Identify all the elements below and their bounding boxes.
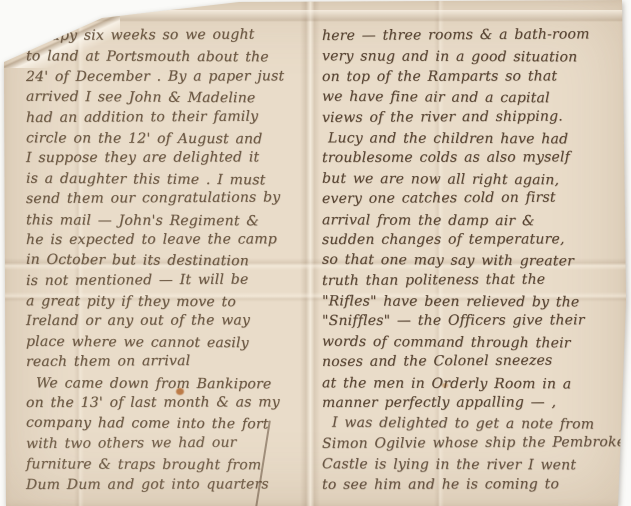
letter-line: send them our congratulations by <box>26 187 314 209</box>
letter-line: "Sniffles" — the Officers give their <box>322 311 622 332</box>
letter-line: on the 13' of last month & as my <box>26 392 314 413</box>
letter-line: to land at Portsmouth about the <box>26 47 314 69</box>
letter-left-page: occupy six weeks so we ought to land at … <box>26 26 314 495</box>
letter-scan: Bill occupy six weeks so we ought to lan… <box>0 0 631 506</box>
letter-line: troublesome colds as also myself <box>322 148 622 169</box>
letter-paper-shadow: Bill occupy six weeks so we ought to lan… <box>0 0 631 506</box>
letter-line: views of the river and shipping. <box>322 106 622 128</box>
letter-line: furniture & traps brought from <box>26 455 314 477</box>
letter-line: manner perfectly appalling — , <box>322 392 622 413</box>
letter-line: very snug and in a good situation <box>322 47 622 69</box>
letter-line: arrival from the damp air & <box>322 210 622 232</box>
letter-line: 24' of December . By a paper just <box>26 66 314 87</box>
letter-line: We came down from Bankipore <box>26 373 314 395</box>
letter-line: he is expected to leave the camp <box>26 229 314 250</box>
letter-line: on top of the Ramparts so that <box>322 66 622 87</box>
letter-line: here — three rooms & a bath-room <box>322 24 622 46</box>
letter-line: with two others we had our <box>26 432 314 454</box>
letter-line: this mail — John's Regiment & <box>26 210 314 232</box>
letter-line: reach them on arrival <box>26 350 314 372</box>
letter-line: noses and the Colonel sneezes <box>322 350 622 372</box>
letter-line: had an addition to their family <box>26 106 314 128</box>
letter-line: Castle is lying in the river I went <box>322 455 622 477</box>
bleedthrough-writing: Bill <box>29 0 75 25</box>
letter-line: Dum Dum and got into quarters <box>26 474 314 495</box>
letter-line: Simon Ogilvie whose ship the Pembroke <box>322 432 622 454</box>
letter-line: I suppose they are delighted it <box>26 148 314 169</box>
letter-right-page: here — three rooms & a bath-room very sn… <box>322 26 622 495</box>
letter-line: to see him and he is coming to <box>322 474 622 495</box>
letter-line: sudden changes of temperature, <box>322 229 622 250</box>
letter-line: is not mentioned — It will be <box>26 269 314 291</box>
letter-paper: Bill occupy six weeks so we ought to lan… <box>4 0 626 506</box>
letter-line: truth than politeness that the <box>322 269 622 291</box>
letter-line: Ireland or any out of the way <box>26 311 314 332</box>
letter-line: occupy six weeks so we ought <box>26 24 314 46</box>
letter-line: every one catches cold on first <box>322 187 622 209</box>
